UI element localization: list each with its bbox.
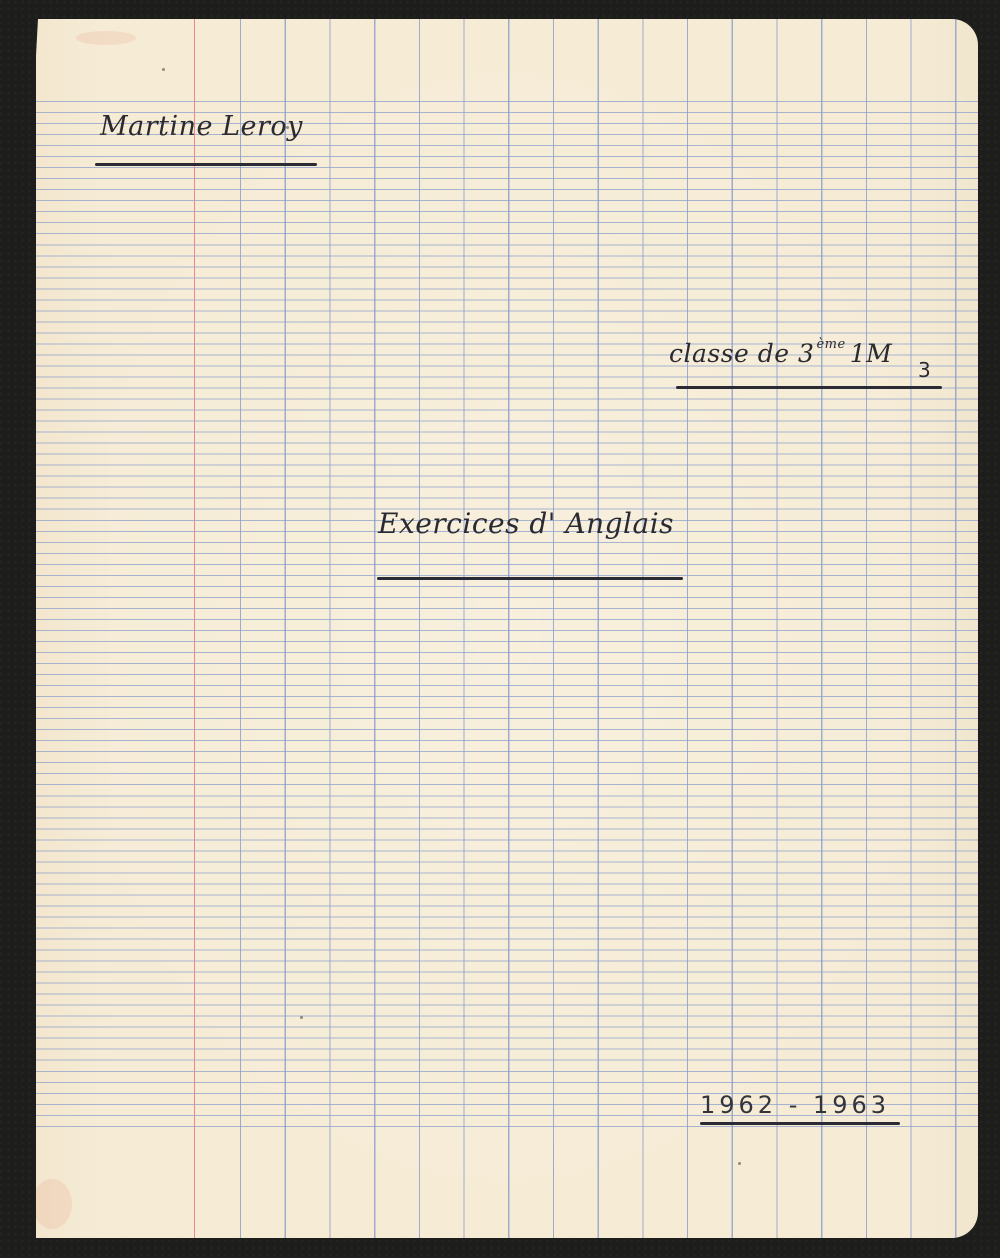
red-margin-line — [194, 19, 195, 1238]
class-subscript: 3 — [918, 358, 931, 382]
class-superscript: ème — [816, 337, 845, 352]
school-year: 1962 - 1963 — [700, 1091, 890, 1119]
vertical-grid-lines — [240, 19, 978, 1238]
notebook-page: Martine Leroy classe de 3ème1M 3 Exercic… — [36, 19, 978, 1238]
class-label: classe de 3ème1M — [669, 337, 892, 368]
owner-name: Martine Leroy — [100, 111, 303, 142]
ink-speck — [300, 1016, 303, 1019]
school-year-underline — [700, 1122, 900, 1125]
class-section-prefix: 1 — [850, 339, 866, 368]
class-level: classe de 3 — [669, 339, 814, 368]
title-underline — [377, 577, 683, 580]
ink-speck — [162, 68, 165, 71]
notebook-title: Exercices d' Anglais — [378, 507, 674, 540]
owner-name-underline — [95, 163, 317, 166]
class-underline — [676, 386, 942, 389]
paper-stain — [76, 31, 136, 45]
class-section: M — [866, 339, 892, 368]
ink-speck — [738, 1162, 741, 1165]
scanned-page: Martine Leroy classe de 3ème1M 3 Exercic… — [0, 0, 1000, 1258]
